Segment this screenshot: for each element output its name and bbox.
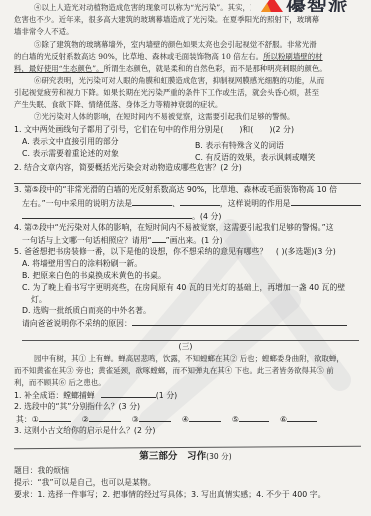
writing-topic: 题目：我的烦恼	[14, 466, 361, 476]
q5-reason-row: 请向爸爸说明你不采纳的原因：	[22, 318, 361, 329]
article-p4-line3: 墙非常令人不适。	[14, 27, 361, 37]
q1-option-b: B. 表示有特殊含义的词语	[195, 141, 284, 151]
qi-blank-6[interactable]	[287, 414, 317, 422]
article-p4-line1: ④以上人造光对动植物造成危害的现象可以称为“光污染”。其实，对人类而言，光污染的	[34, 3, 251, 13]
classical-passage-line3: 利，而不顾其⑥ 后之患也。	[14, 378, 361, 388]
underline-mark-sample	[152, 235, 166, 243]
classical-passage-line1: 园中有树，其① 上有蝉。蝉高居悲鸣，饮露，不知螳螂在其② 后也；螳螂委身曲附，欲…	[34, 354, 361, 364]
q5-option-c-line1: C. 为了晚上看书写字更明亮些，在房间原有 40 瓦的日光灯的基础上，再增加一盏…	[22, 283, 361, 293]
q3-blank-2[interactable]	[180, 198, 220, 206]
brand-logo: 優智派	[259, 0, 371, 12]
question-5: 5. 爸爸想把书房装修一番，以下是他的设想，你不想采纳的意见有哪些？ ( )(多…	[14, 247, 361, 257]
writing-requirements: 要求：1. 选择一件事写；2. 把事情的经过写具体；3. 写出真情实感；4. 不…	[14, 490, 361, 500]
question-4-line2: 一句话与上文哪一句话相照应？请用“”画出来。(1 分)	[22, 235, 361, 246]
q5-option-b: B. 把原来白色的书桌换成米黄色的书桌。	[22, 271, 361, 281]
section-3-q2-blanks: 其：①②③④⑤⑥	[16, 414, 361, 425]
q5-option-c-line2: 灯。	[31, 295, 361, 305]
exam-page: 優智派 ④以上人造光对动植物造成危害的现象可以称为“光污染”。其实，对人类而言，…	[0, 0, 371, 516]
qi-blank-2[interactable]	[89, 414, 121, 422]
question-3-line1: 3. 第⑤段中的“非常光滑的白墙的光反射系数高达 90%，比草地、森林或毛面装饰…	[14, 185, 361, 195]
q1-option-d: C. 有反语的效果，表示讽刺或嘲笑	[195, 153, 315, 163]
question-2: 2. 结合文章内容，简要概括光污染会对动物造成哪些危害？(2 分)	[14, 163, 361, 173]
section-3-heading: (三)	[0, 342, 371, 352]
q5-option-d: D. 选购一批纸质白而亮的中外名著。	[22, 306, 361, 316]
q3-blank-1[interactable]	[132, 198, 172, 206]
article-p6-line3: 产生失眠、食欲下降、情绪低落、身体乏力等精神衰弱的症状。	[14, 100, 361, 110]
article-p6-line2: 引起视觉疲劳和视力下降。如果长期在光污染严重的条件下工作或生活，就会头昏心烦，甚…	[14, 88, 361, 98]
question-3-line3: 。(4 分)	[22, 211, 361, 222]
underlined-sentence-2: 所以粉刷墙壁的材	[263, 52, 323, 61]
qi-blank-5[interactable]	[239, 414, 269, 422]
q5-answer-line[interactable]	[22, 340, 359, 341]
q1-option-c: C. 表示需要着重论述的对象	[22, 149, 172, 159]
writing-hint: 提示：“我”可以是自己，也可以是某物。	[14, 478, 361, 488]
section-3-question-2: 2. 选段中的“其”分别指什么？(3 分)	[14, 402, 361, 412]
article-p5-line1: ⑤除了建筑物的玻璃幕墙外，室内墙壁的颜色如果太亮也会引起视觉不舒服。非常光滑	[34, 40, 361, 50]
q5-answer-slot[interactable]: ( )(多选题)(3 分)	[276, 247, 336, 256]
q1-option-a: A. 表示文中直接引用的部分	[22, 137, 172, 147]
qi-blank-1[interactable]	[39, 414, 71, 422]
question-1: 1. 文中两处画线句子都用了引号，它们在句中的作用分别是()和()(2 分)	[14, 125, 361, 135]
idiom-blank[interactable]	[101, 390, 156, 398]
section-3-question-1: 1. 补全成语：螳螂捕蝉(1 分)	[14, 390, 361, 401]
article-p5-line3: 料，最好使用“生态颜色”。所谓生态颜色，就是柔和的自然色彩，而不是那种明亮刺眼的…	[14, 64, 361, 74]
q5-option-a: A. 将墙壁用雪白的涂料粉刷一新。	[22, 259, 361, 269]
section-3-q3-answer-line[interactable]	[14, 446, 361, 449]
underlined-sentence-1: 料，最好使用“生态颜色”。	[14, 64, 104, 73]
classical-passage-line2: 而不知黄雀在其③ 旁也；黄雀延颈，欲啄螳螂，而不知弹丸在其④ 下也。此三者皆务欲…	[14, 366, 361, 376]
answer-line-q2[interactable]	[14, 183, 361, 184]
qi-blank-3[interactable]	[139, 414, 171, 422]
article-p5-line2: 的白墙的光反射系数高达 90%，比草地、森林或毛面装饰物高 10 倍左右。所以粉…	[14, 52, 361, 62]
section-3-question-3: 3. 这则小古文给你的启示是什么？(2 分)	[14, 426, 361, 436]
question-3-line2: 左右。”一句中采用的说明方法是、，这样说明的作用是	[22, 198, 361, 209]
qi-blank-4[interactable]	[189, 414, 221, 422]
q3-blank-3[interactable]	[291, 198, 361, 206]
article-p7: ⑦光污染对人体的影响，在短时间内不易被觉察，这需要引起我们足够的警惕。	[34, 112, 361, 122]
part-3-title: 第三部分 习作(30 分)	[0, 450, 371, 463]
question-4-line1: 4. 第⑦段中“光污染对人体的影响，在短时间内不易被觉察，这需要引起我们足够的警…	[14, 223, 361, 233]
article-p4-line2: 危害也不少。近年来，很多高大建筑的玻璃幕墙造成了光污染。在夏季阳光的照射下，玻璃…	[14, 15, 361, 25]
q5-reason-blank[interactable]	[132, 318, 347, 326]
logo-triangle-icon	[259, 0, 283, 12]
article-p6-line1: ⑥研究表明，光污染可对人眼的角膜和虹膜造成危害，抑制视网膜感光细胞的功能，从而	[34, 76, 361, 86]
q3-blank-4[interactable]	[22, 211, 192, 219]
logo-text: 優智派	[286, 0, 349, 12]
